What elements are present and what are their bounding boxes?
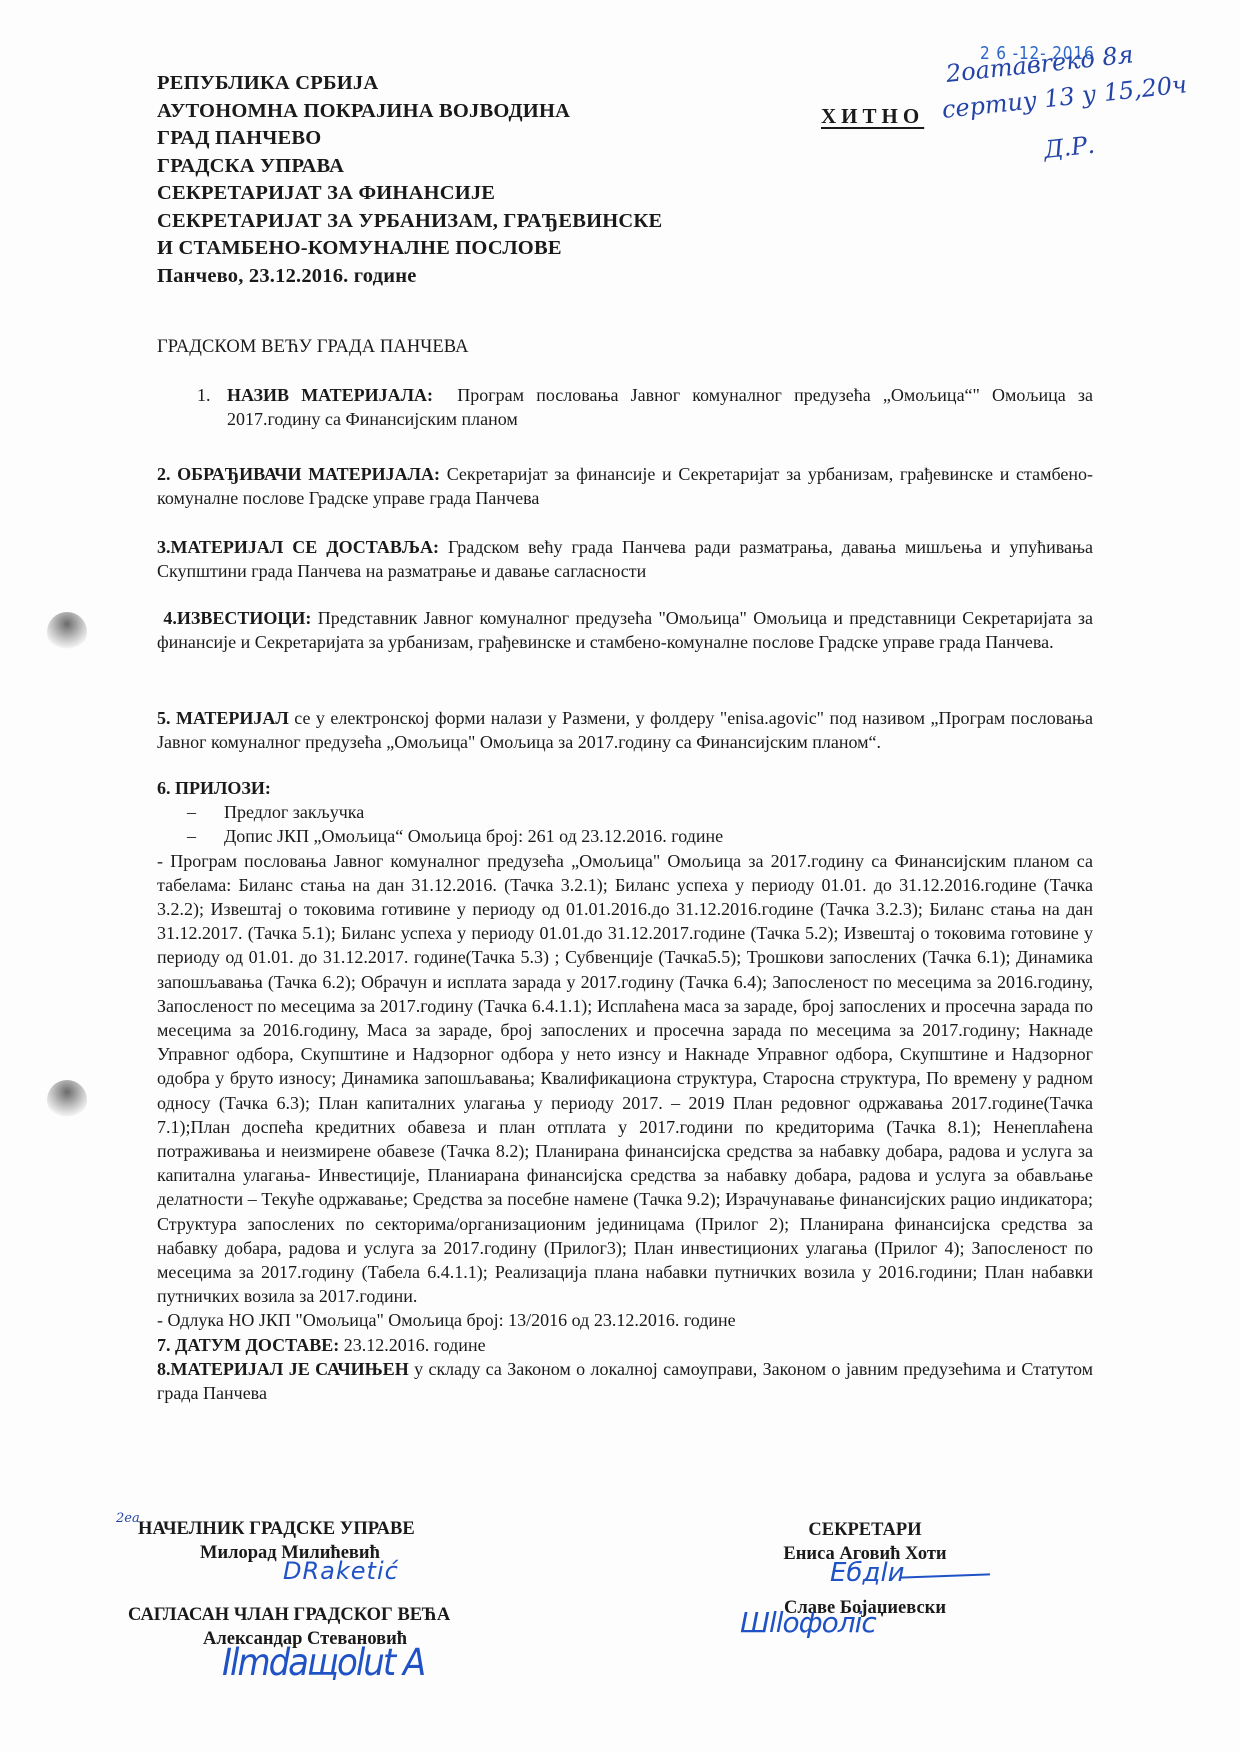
signatory-title: НАЧЕЛНИК ГРАДСКЕ УПРАВЕ xyxy=(138,1517,488,1541)
dash-bullet: – xyxy=(187,824,196,848)
section-text: 23.12.2016. године xyxy=(344,1335,486,1355)
section-heading: 5. МАТЕРИЈАЛ xyxy=(157,708,289,728)
letterhead-line: СЕКРЕТАРИЈАТ ЗА ФИНАНСИЈЕ xyxy=(157,180,662,208)
section-electronic-material: 5. МАТЕРИЈАЛ се у електронској форми нал… xyxy=(157,706,1093,754)
attachment-program-item: - Програм пословања Јавног комуналног пр… xyxy=(157,849,1093,1309)
section-heading: 2. ОБРАЂИВАЧИ МАТЕРИЈАЛА: xyxy=(157,464,440,484)
section-material-name: 1. НАЗИВ МАТЕРИЈАЛА: Програм пословања Ј… xyxy=(227,383,1093,431)
section-prepared-by: 2. ОБРАЂИВАЧИ МАТЕРИЈАЛА: Секретаријат з… xyxy=(157,462,1093,510)
signatory-title: СЕКРЕТАРИ xyxy=(735,1518,995,1542)
letterhead-line: ГРАДСКА УПРАВА xyxy=(157,153,662,181)
urgent-label: ХИТНО xyxy=(821,104,924,129)
section-delivered-to: 3.МАТЕРИЈАЛ СЕ ДОСТАВЉА: Градском већу г… xyxy=(157,535,1093,583)
letterhead-line: АУТОНОМНА ПОКРАЈИНА ВОЈВОДИНА xyxy=(157,98,662,126)
document-date: Панчево, 23.12.2016. године xyxy=(157,263,662,291)
margin-handwritten-note: 2еа xyxy=(116,1511,140,1526)
section-heading: НАЗИВ МАТЕРИЈАЛА: xyxy=(227,385,433,405)
punch-hole-mark xyxy=(47,1080,87,1120)
document-page: РЕПУБЛИКА СРБИЈА АУТОНОМНА ПОКРАЈИНА ВОЈ… xyxy=(0,0,1240,1752)
letterhead-line: РЕПУБЛИКА СРБИЈА xyxy=(157,70,662,98)
section-number: 1. xyxy=(197,383,211,407)
section-heading: 6. ПРИЛОЗИ: xyxy=(157,778,271,798)
section-rapporteurs: 4.ИЗВЕСТИОЦИ: Представник Јавног комунал… xyxy=(157,606,1093,654)
attachment-item: –Допис ЈКП „Омољица“ Омољица број: 261 о… xyxy=(157,824,1093,848)
section-heading: 7. ДАТУМ ДОСТАВЕ: xyxy=(157,1335,339,1355)
section-heading: 8.МАТЕРИЈАЛ ЈЕ САЧИЊЕН xyxy=(157,1359,409,1379)
handwritten-initials: Д.Р. xyxy=(1043,131,1097,164)
section-delivery-date: 7. ДАТУМ ДОСТАВЕ: 23.12.2016. године xyxy=(157,1333,1093,1357)
handwritten-signature: Ilmdaщolut A xyxy=(222,1641,424,1685)
recipient-line: ГРАДСКОМ ВЕЋУ ГРАДА ПАНЧЕВА xyxy=(157,337,469,358)
section-attachments: 6. ПРИЛОЗИ: –Предлог закључка –Допис ЈКП… xyxy=(157,776,1093,1405)
section-compliance: 8.МАТЕРИЈАЛ ЈЕ САЧИЊЕН у складу са Закон… xyxy=(157,1357,1093,1405)
handwritten-signature: Шlloфoлic xyxy=(740,1606,876,1639)
dash-bullet: – xyxy=(187,800,196,824)
handwritten-signature: Eбдlи xyxy=(830,1558,905,1588)
attachment-item: –Предлог закључка xyxy=(157,800,1093,824)
letterhead-line: И СТАМБЕНО-КОМУНАЛНЕ ПОСЛОВЕ xyxy=(157,235,662,263)
section-heading: 3.МАТЕРИЈАЛ СЕ ДОСТАВЉА: xyxy=(157,537,439,557)
attachment-decision-item: - Одлука НО ЈКП "Омољица" Омољица број: … xyxy=(157,1308,1093,1332)
letterhead-line: ГРАД ПАНЧЕВО xyxy=(157,125,662,153)
punch-hole-mark xyxy=(47,612,87,652)
section-heading: 4.ИЗВЕСТИОЦИ: xyxy=(163,608,311,628)
letterhead-line: СЕКРЕТАРИЈАТ ЗА УРБАНИЗАМ, ГРАЂЕВИНСКЕ xyxy=(157,208,662,236)
signatory-title: САГЛАСАН ЧЛАН ГРАДСКОГ ВЕЋА xyxy=(128,1603,488,1627)
letterhead: РЕПУБЛИКА СРБИЈА АУТОНОМНА ПОКРАЈИНА ВОЈ… xyxy=(157,70,662,290)
handwritten-signature: DRaketić xyxy=(283,1557,399,1585)
section-text: се у електронској форми налази у Размени… xyxy=(157,708,1093,752)
